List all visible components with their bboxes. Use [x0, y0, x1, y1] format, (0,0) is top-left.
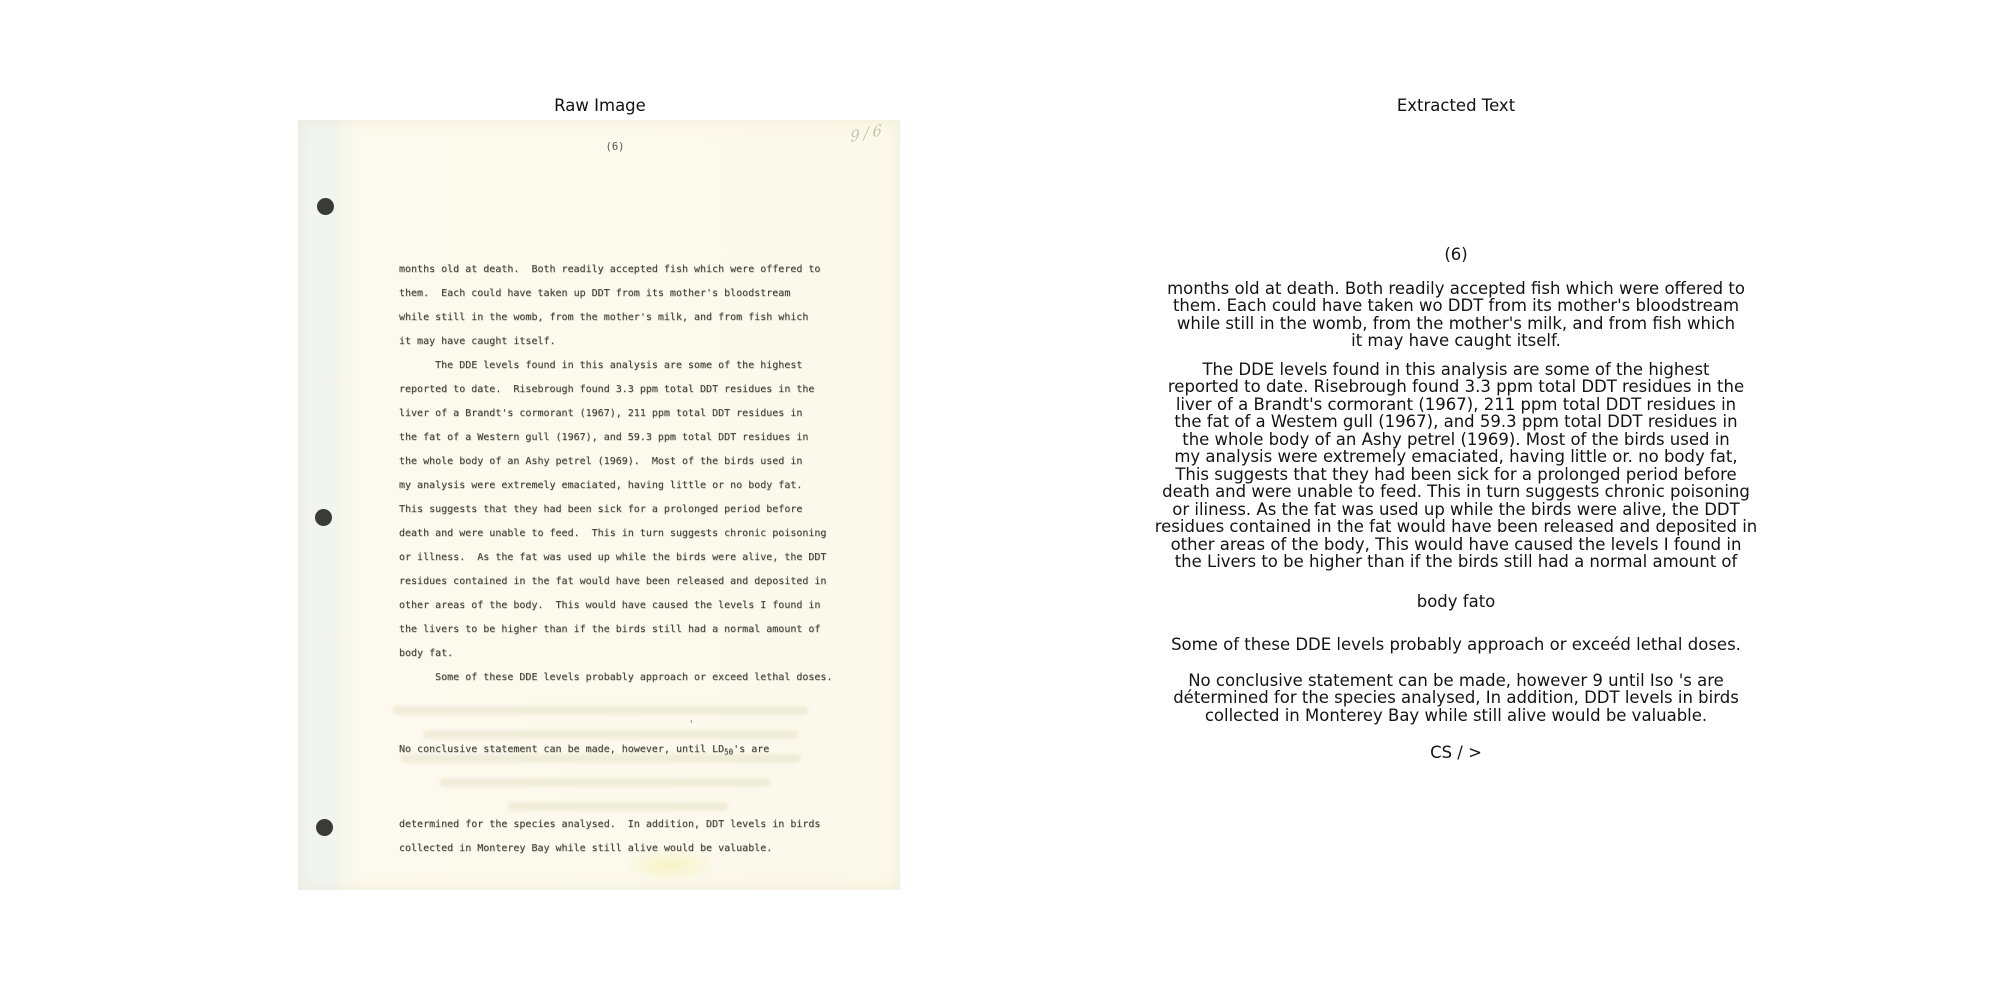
- paper-stain: [623, 848, 718, 882]
- hole-punch-icon: [317, 198, 334, 215]
- raw-page-number: (6): [587, 141, 643, 153]
- extracted-paragraph: No conclusive statement can be made, how…: [1102, 672, 1810, 725]
- raw-image-panel-title: Raw Image: [300, 96, 900, 115]
- bleed-through-row: [508, 802, 728, 811]
- bleed-through-row: [423, 730, 798, 739]
- typed-paragraphs-top: months old at death. Both readily accept…: [399, 258, 885, 690]
- extracted-page-number: (6): [1102, 246, 1810, 264]
- extracted-footer-mark: CS / >: [1102, 744, 1810, 762]
- hole-punch-icon: [316, 819, 333, 836]
- raw-document-image: 9/6 (6) months old at death. Both readil…: [298, 120, 900, 890]
- bleed-through-row: [393, 706, 808, 715]
- stray-mark: ': [688, 718, 695, 731]
- pencil-annotation: 9/6: [850, 120, 885, 146]
- extracted-text-panel: (6) months old at death. Both readily ac…: [1102, 246, 1810, 762]
- hole-punch-icon: [315, 509, 332, 526]
- extracted-paragraph: body fato: [1102, 593, 1810, 611]
- extracted-paragraph: months old at death. Both readily accept…: [1102, 280, 1810, 350]
- extracted-text-panel-title: Extracted Text: [1102, 96, 1810, 115]
- bleed-through-row: [440, 778, 770, 787]
- extracted-paragraph: The DDE levels found in this analysis ar…: [1102, 361, 1810, 571]
- bleed-through-row: [401, 754, 801, 763]
- extracted-paragraph: Some of these DDE levels probably approa…: [1102, 636, 1810, 654]
